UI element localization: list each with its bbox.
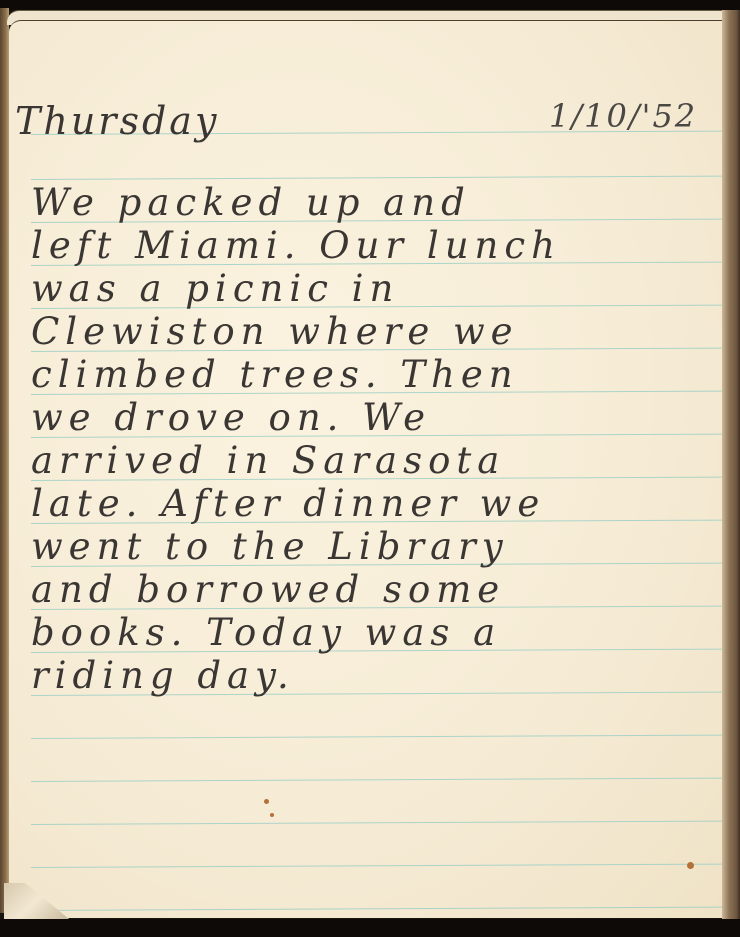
scan-bottom-border xyxy=(0,919,740,937)
ruled-line xyxy=(31,176,725,180)
body-line-9: went to the Library xyxy=(31,525,509,568)
body-line-5: climbed trees. Then xyxy=(31,353,519,396)
entry-day-heading: Thursday xyxy=(15,99,219,143)
entry-date: 1/10/'52 xyxy=(549,97,697,135)
body-line-1: We packed up and xyxy=(31,181,471,224)
ruled-line xyxy=(31,821,725,825)
ruled-line xyxy=(31,864,725,868)
book-spine-left xyxy=(0,8,9,913)
body-line-10: and borrowed some xyxy=(31,568,505,611)
ruled-line xyxy=(31,778,725,782)
book-binding-right xyxy=(722,10,740,919)
body-line-6: we drove on. We xyxy=(31,396,431,439)
body-line-11: books. Today was a xyxy=(31,611,501,654)
ruled-line xyxy=(31,735,725,739)
ruled-line xyxy=(31,907,725,911)
ink-stain xyxy=(687,862,694,869)
body-line-4: Clewiston where we xyxy=(31,310,519,353)
ink-stain xyxy=(264,799,269,804)
ink-stain xyxy=(270,813,274,817)
body-line-3: was a picnic in xyxy=(31,267,399,310)
body-line-7: arrived in Sarasota xyxy=(31,439,505,482)
body-line-2: left Miami. Our lunch xyxy=(31,224,561,267)
diary-page: Thursday 1/10/'52 We packed up and left … xyxy=(9,20,725,918)
scan-top-border xyxy=(0,0,740,10)
body-line-8: late. After dinner we xyxy=(31,482,545,525)
body-line-12: riding day. xyxy=(31,654,295,697)
